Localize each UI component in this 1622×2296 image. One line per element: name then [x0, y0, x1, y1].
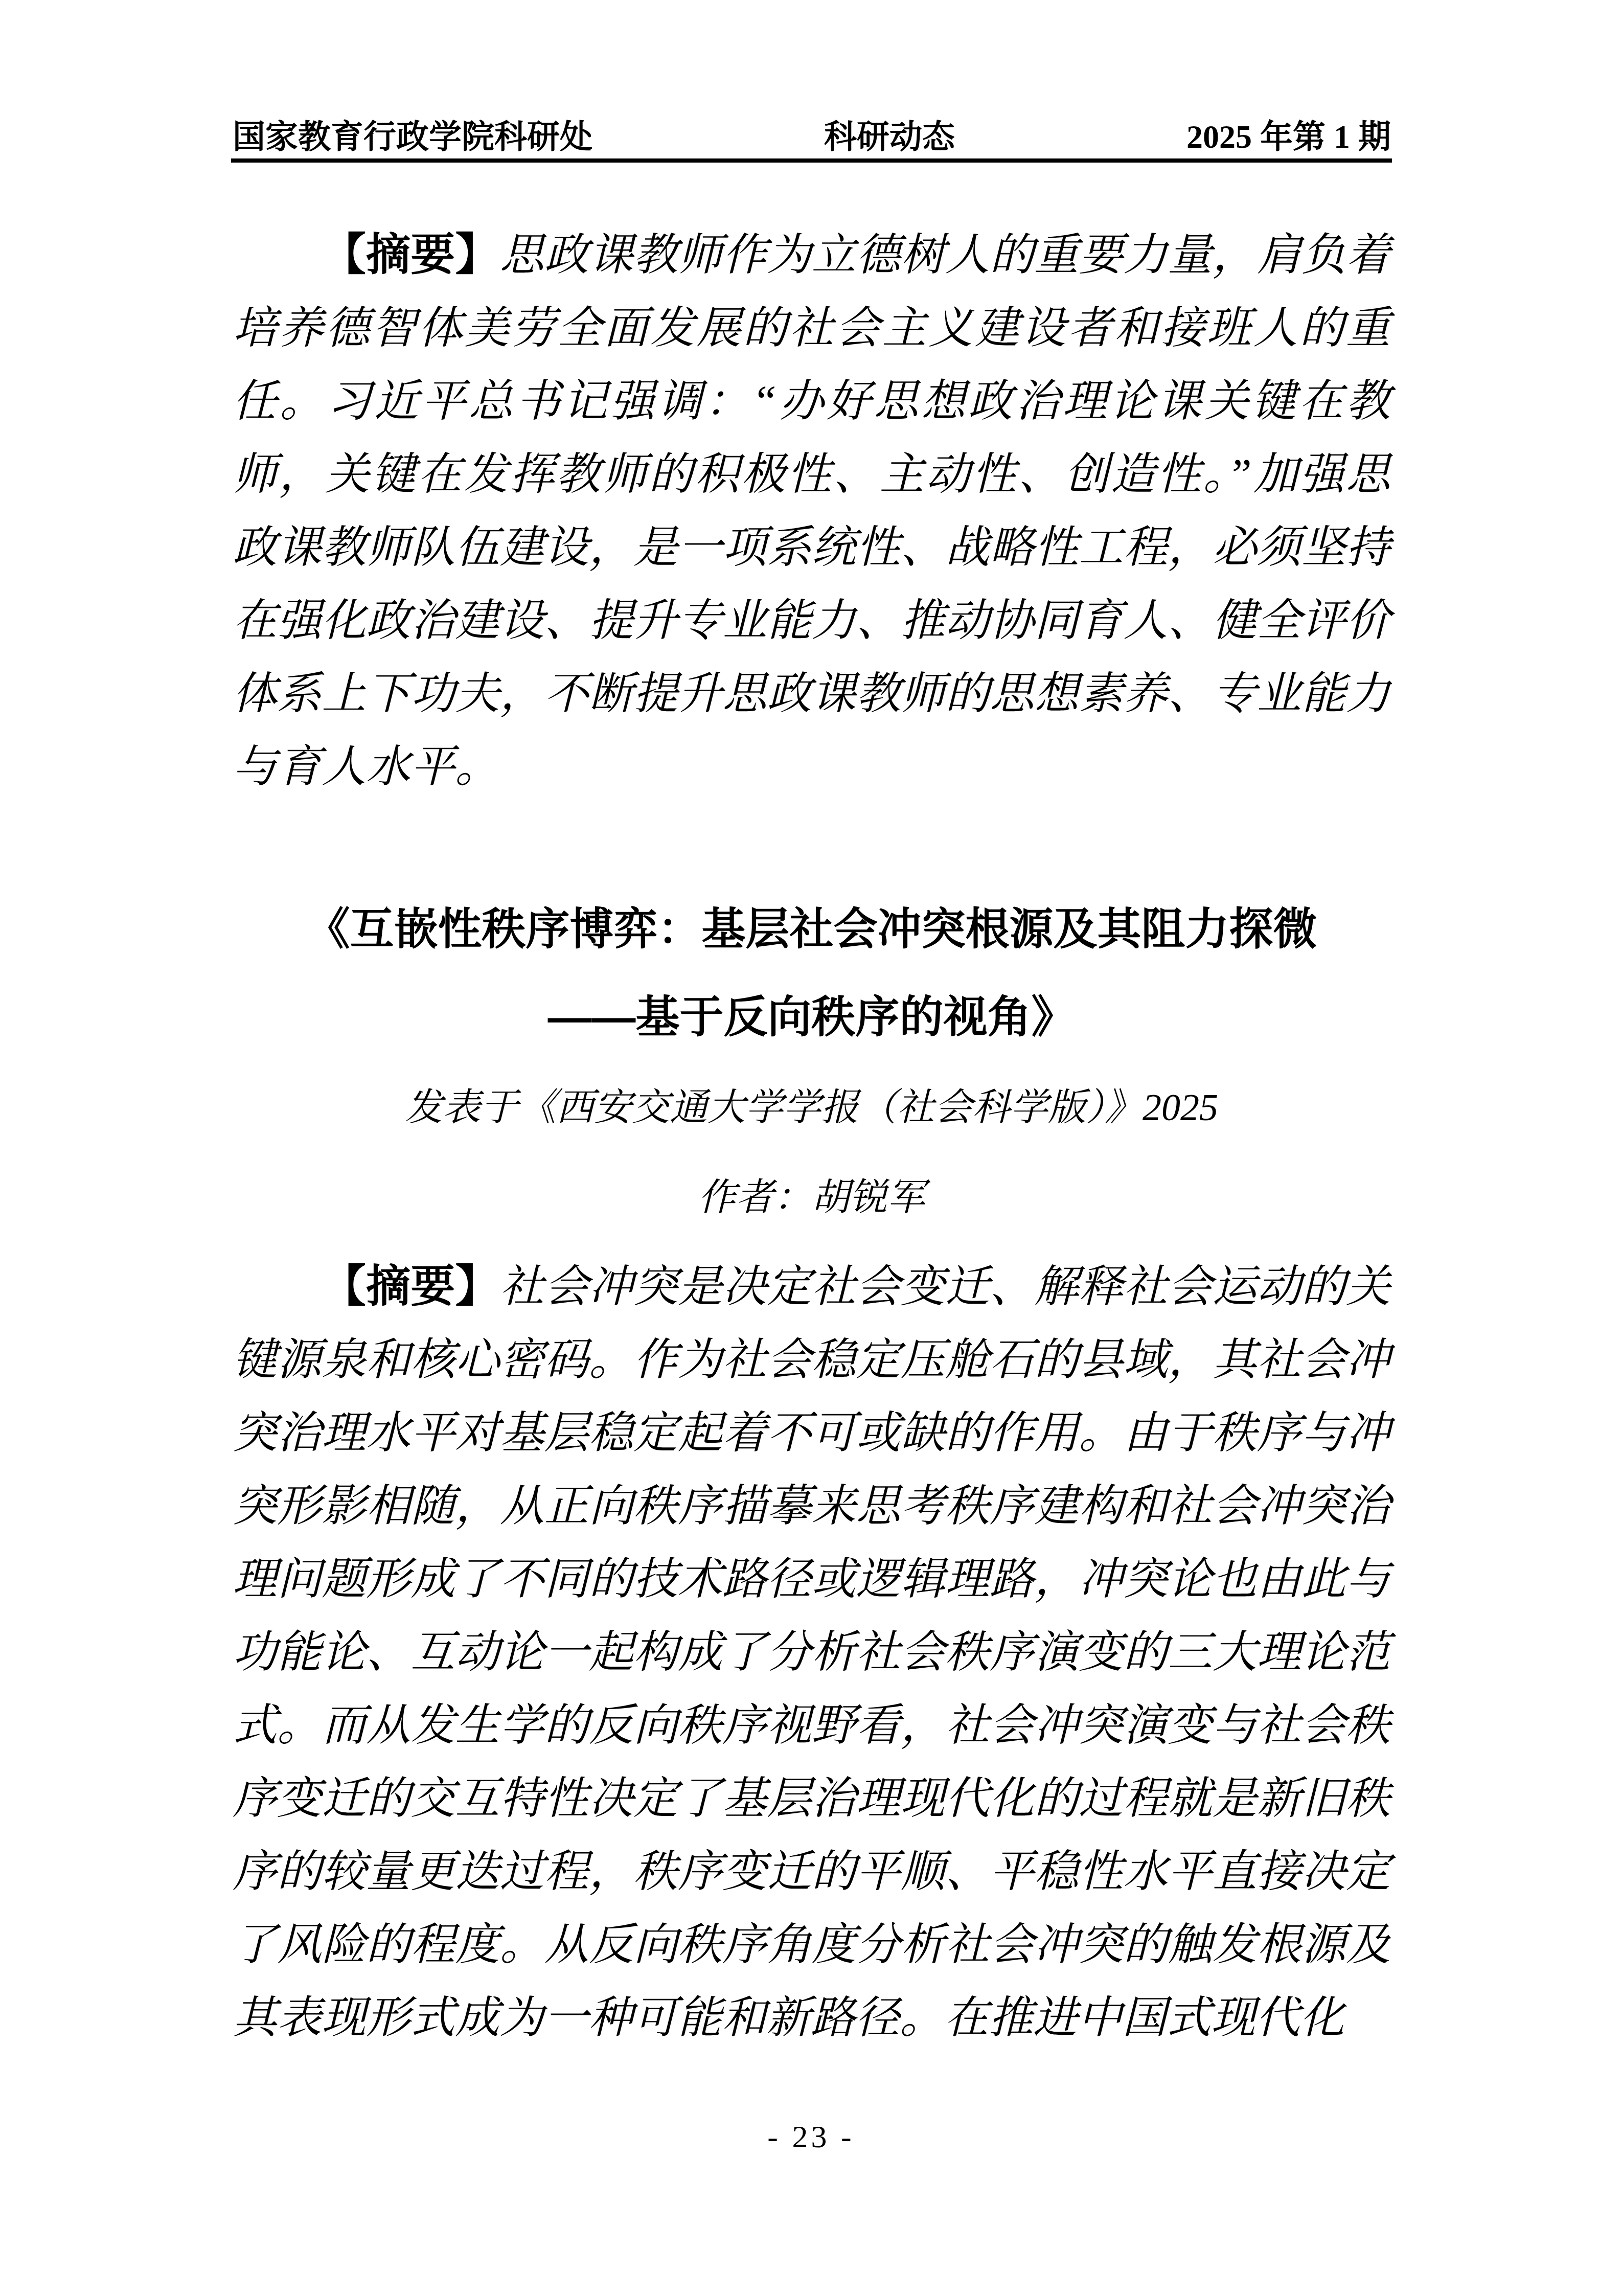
article-title-line2: ——基于反向秩序的视角》 — [233, 973, 1390, 1061]
header-bulletin-title: 科研动态 — [824, 119, 955, 155]
author-line: 作者：胡锐军 — [233, 1170, 1390, 1226]
document-page: 国家教育行政学院科研处 科研动态 2025 年第 1 期 【摘要】思政课教师作为… — [0, 0, 1622, 2296]
page-header: 国家教育行政学院科研处 科研动态 2025 年第 1 期 — [233, 119, 1391, 155]
abstract-1-label: 【摘要】 — [322, 230, 500, 280]
abstract-2-label: 【摘要】 — [322, 1262, 500, 1311]
article-title-line1: 《互嵌性秩序博弈：基层社会冲突根源及其阻力探微 — [233, 885, 1390, 973]
header-issue-number: 2025 年第 1 期 — [1186, 119, 1391, 155]
page-number: - 23 - — [767, 2120, 854, 2154]
abstract-2-text: 社会冲突是决定社会变迁、解释社会运动的关键源泉和核心密码。作为社会稳定压舱石的县… — [233, 1262, 1390, 2042]
page-footer: - 23 - — [0, 2117, 1622, 2157]
abstract-paragraph-2: 【摘要】社会冲突是决定社会变迁、解释社会运动的关键源泉和核心密码。作为社会稳定压… — [233, 1250, 1390, 2054]
header-divider-rule — [231, 158, 1392, 163]
article-title: 《互嵌性秩序博弈：基层社会冲突根源及其阻力探微 ——基于反向秩序的视角》 — [233, 885, 1390, 1061]
abstract-paragraph-1: 【摘要】思政课教师作为立德树人的重要力量，肩负着培养德智体美劳全面发展的社会主义… — [233, 218, 1390, 803]
publication-info: 发表于《西安交通大学学报（社会科学版）》2025 — [233, 1080, 1390, 1136]
abstract-1-text: 思政课教师作为立德树人的重要力量，肩负着培养德智体美劳全面发展的社会主义建设者和… — [233, 230, 1390, 791]
header-org-name: 国家教育行政学院科研处 — [233, 119, 592, 155]
